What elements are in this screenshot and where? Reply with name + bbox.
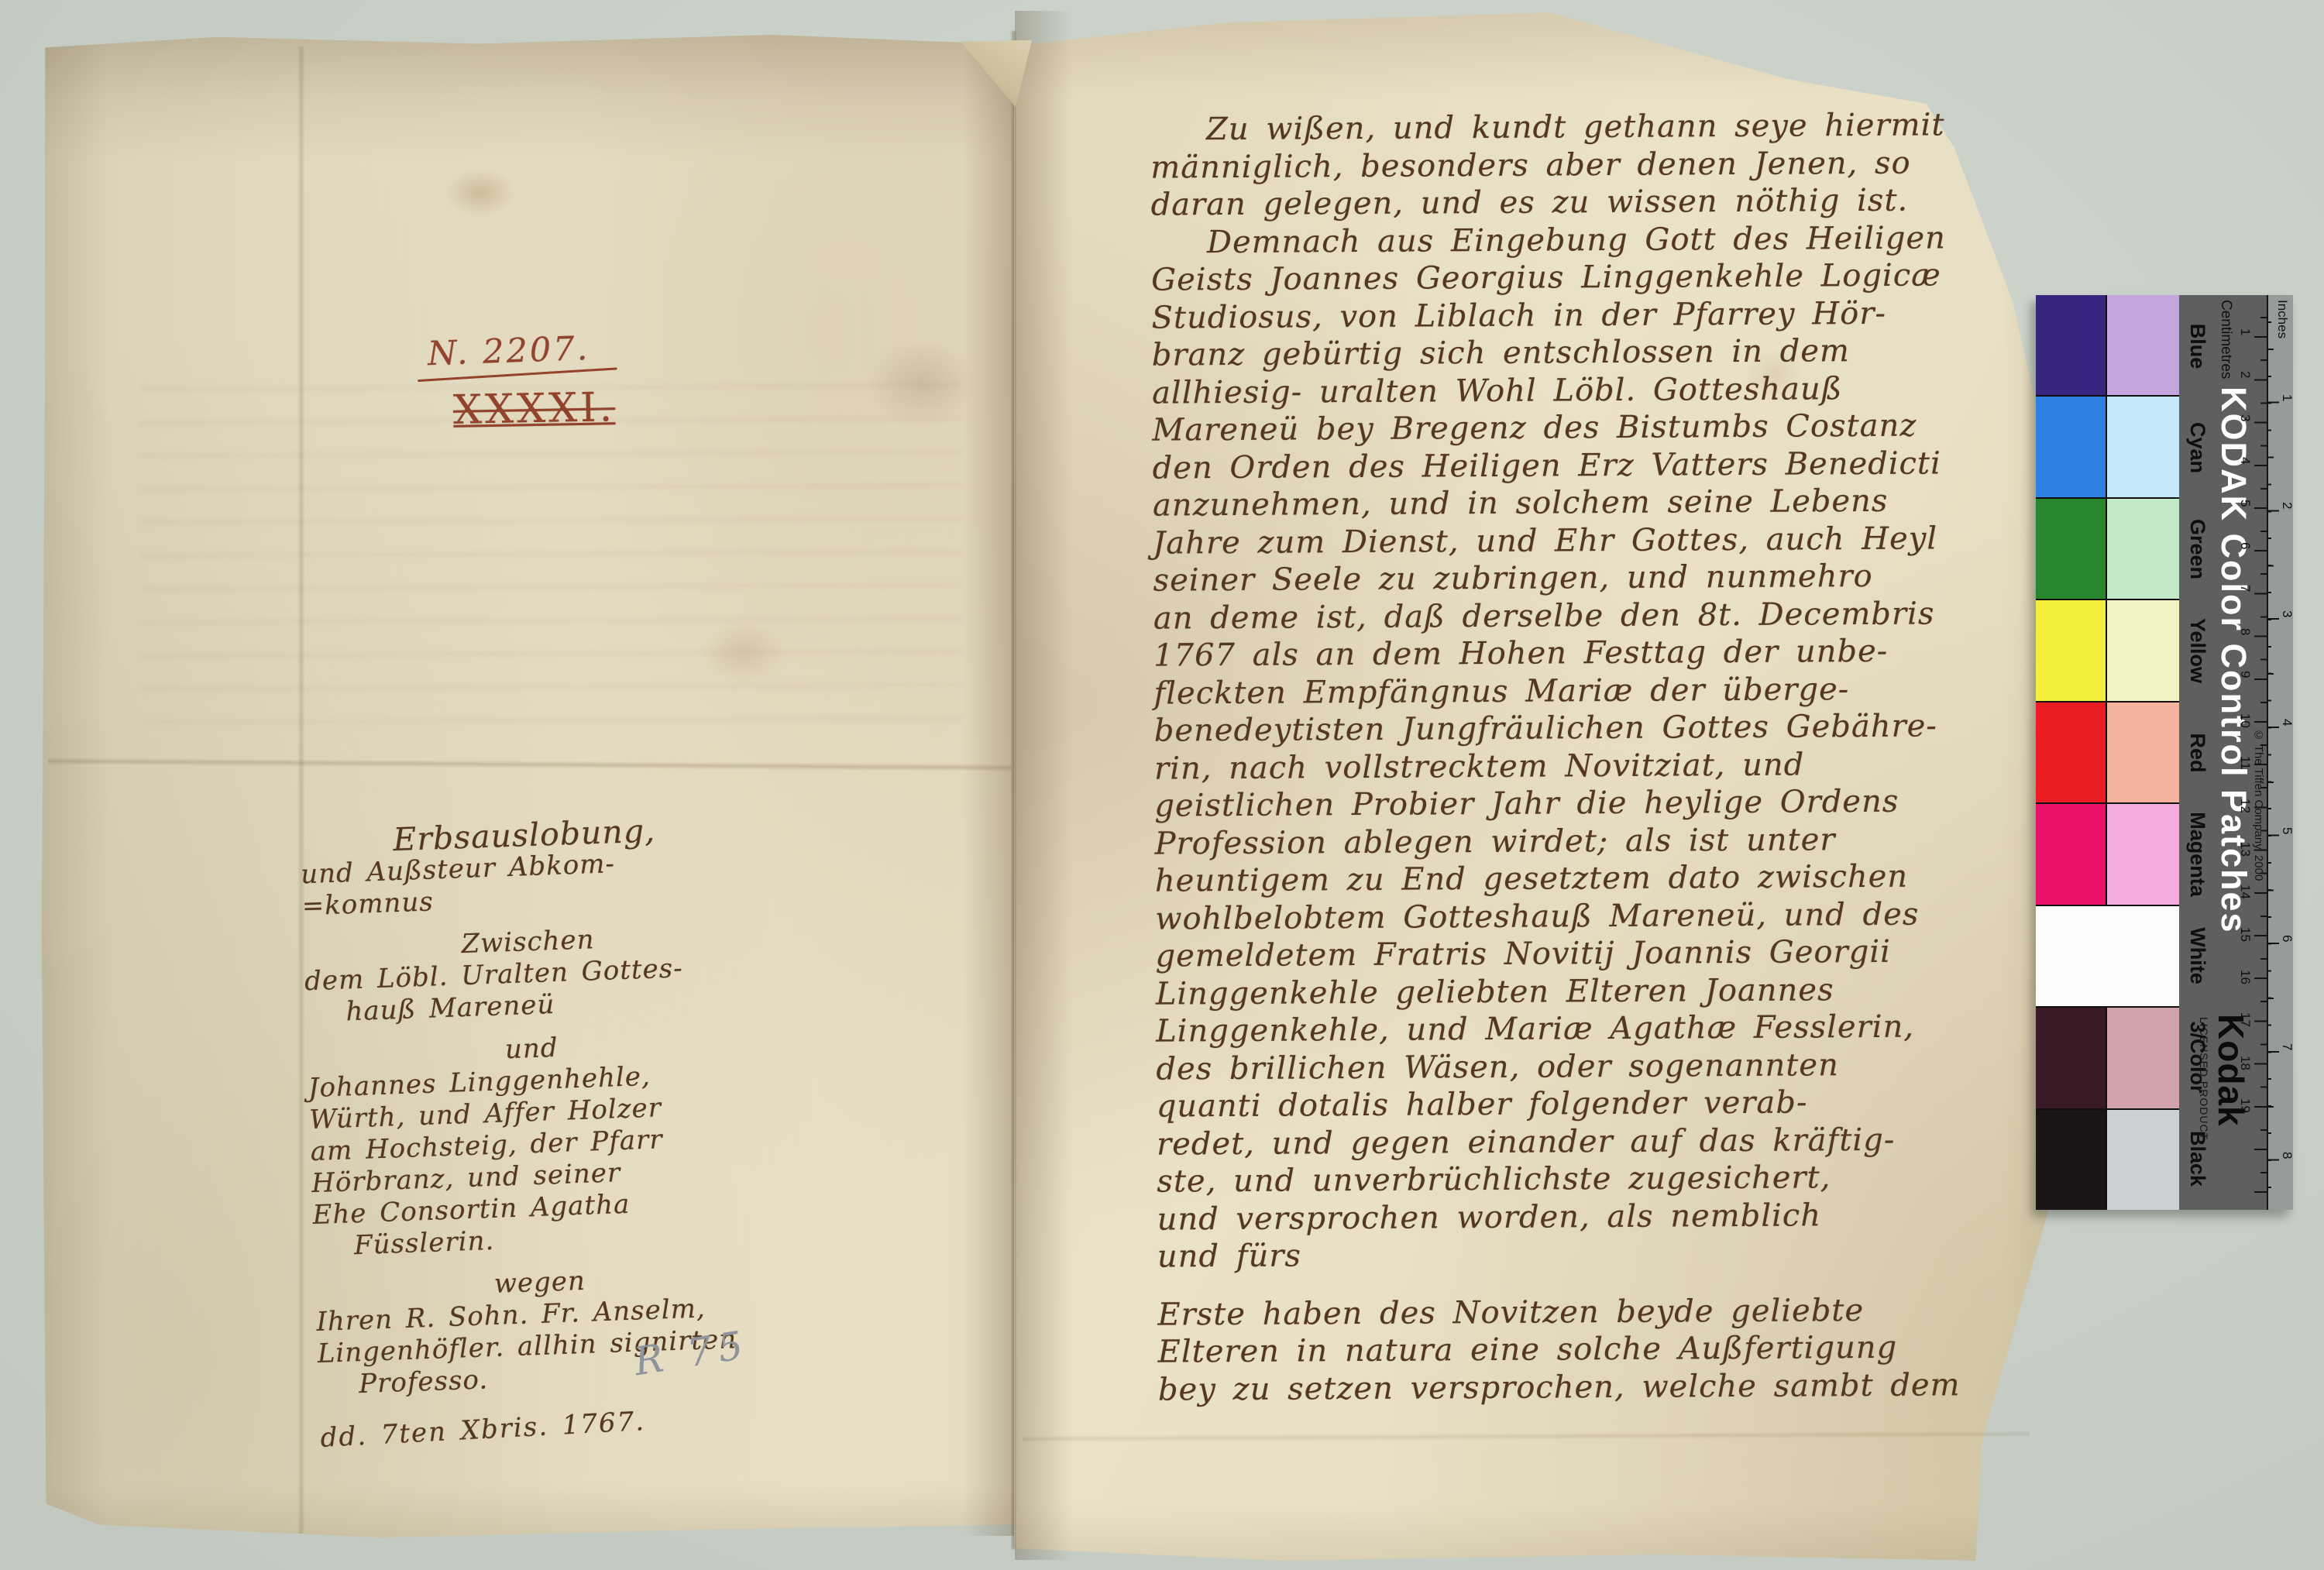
inch-number: 1 [2279, 394, 2295, 401]
cm-number: 10 [2237, 713, 2253, 728]
manuscript-line: Zu wißen, und kundt gethann seye hiermit [1150, 105, 2064, 149]
color-patch-row [2036, 1006, 2179, 1108]
inch-number: 3 [2279, 610, 2295, 617]
manuscript-line: geistlichen Probier Jahr die heylige Ord… [1154, 782, 2068, 825]
cm-tick-marks [2254, 295, 2267, 1210]
manuscript-line: des brillichen Wäsen, oder sogenannten [1156, 1045, 2070, 1088]
inch-number: 6 [2279, 935, 2295, 942]
manuscript-line: fleckten Empfängnus Mariæ der überge- [1153, 669, 2068, 713]
manuscript-line: rin, nach vollstrecktem Novitziat, und [1154, 744, 2068, 788]
inch-ruler: Inches 12345678 [2267, 295, 2293, 1210]
center-fold-shadow-right [1015, 11, 1072, 1560]
ink-showthrough [140, 383, 963, 752]
manuscript-line: an deme ist, daß derselbe den 8t. Decemb… [1153, 594, 2068, 637]
cm-number: 11 [2237, 756, 2253, 770]
pale-swatch [2106, 295, 2179, 395]
color-patch-row [2036, 802, 2179, 904]
cm-number: 2 [2237, 371, 2253, 378]
inch-number: 4 [2279, 719, 2295, 726]
manuscript-line: Erste haben des Novitzen beyde geliebte [1157, 1290, 2071, 1334]
inch-number: 2 [2279, 502, 2295, 509]
inch-number: 5 [2279, 827, 2295, 834]
saturated-swatch [2036, 295, 2106, 395]
saturated-swatch [2036, 906, 2106, 1006]
manuscript-line: den Orden des Heiligen Erz Vatters Bened… [1153, 444, 2067, 487]
saturated-swatch [2036, 1008, 2106, 1108]
color-patch-row [2036, 701, 2179, 802]
cm-number: 9 [2237, 671, 2253, 678]
manuscript-line: benedeytisten Jungfräulichen Gottes Gebä… [1154, 706, 2068, 750]
manuscript-line: Demnach aus Eingebung Gott des Heiligen [1151, 218, 2065, 262]
manuscript-line: redet, und gegen einander auf das kräfti… [1157, 1120, 2071, 1163]
row-label: Red [2185, 733, 2209, 772]
color-patch-row [2036, 905, 2179, 1006]
cm-number: 1 [2237, 328, 2253, 335]
pale-swatch [2106, 397, 2179, 496]
manuscript-line: branz gebürtig sich entschlossen in dem [1152, 331, 2066, 374]
row-label: Green [2185, 519, 2209, 579]
inch-number: 7 [2279, 1043, 2295, 1050]
manuscript-line: Studiosus, von Liblach in der Pfarrey Hö… [1151, 294, 2065, 337]
color-patch-row [2036, 295, 2179, 395]
manuscript-line: quanti dotalis halber folgender verab- [1157, 1082, 2071, 1125]
pale-swatch [2106, 600, 2179, 700]
cm-number: 14 [2237, 885, 2253, 899]
color-patch-row [2036, 1108, 2179, 1210]
manuscript-line: und versprochen worden, als nemblich [1157, 1195, 2071, 1238]
pale-swatch [2106, 1110, 2179, 1210]
manuscript-line: wohlbelobtem Gotteshauß Mareneü, und des [1155, 895, 2069, 938]
inch-number: 8 [2279, 1152, 2295, 1159]
manuscript-line: Linggenkehle, und Mariæ Agathæ Fesslerin… [1156, 1007, 2070, 1050]
centimetre-ruler-label: Centimetres [2217, 300, 2234, 379]
manuscript-line: 1767 als an dem Hohen Festtag der unbe- [1153, 631, 2068, 675]
manuscript-line: Mareneü bey Bregenz des Bistumbs Costanz [1152, 406, 2066, 449]
color-patch-row [2036, 599, 2179, 700]
center-fold-shadow-left [963, 43, 1014, 1536]
manuscript-line: seiner Seele zu zubringen, und nunmehro [1153, 556, 2067, 599]
pale-swatch [2106, 804, 2179, 904]
cm-number: 18 [2237, 1056, 2253, 1070]
volume-numeral: XXXXI. [452, 384, 615, 434]
cm-number: 15 [2237, 927, 2253, 942]
cm-number: 3 [2237, 414, 2253, 421]
row-label: Magenta [2185, 812, 2209, 897]
pale-swatch [2106, 906, 2179, 1006]
cm-number: 13 [2237, 842, 2253, 857]
cm-number: 16 [2237, 970, 2253, 984]
cm-number: 5 [2237, 500, 2253, 507]
saturated-swatch [2036, 499, 2106, 599]
manuscript-line: Linggenkehle geliebten Elteren Joannes [1156, 970, 2070, 1013]
row-label: Yellow [2185, 618, 2209, 683]
kodak-color-strip: BlueCyanGreenYellowRedMagentaWhite3/Colo… [2036, 295, 2293, 1210]
color-patch-rows [2036, 295, 2179, 1210]
center-fold-line [1012, 31, 1016, 1549]
cm-number: 4 [2237, 457, 2253, 464]
manuscript-line: Elteren in natura eine solche Außfertigu… [1158, 1328, 2072, 1371]
strip-label-panel: BlueCyanGreenYellowRedMagentaWhite3/Colo… [2179, 295, 2267, 1210]
saturated-swatch [2036, 1110, 2106, 1210]
saturated-swatch [2036, 397, 2106, 496]
inch-quarter-ticks [2268, 321, 2271, 1210]
pale-swatch [2106, 499, 2179, 599]
manuscript-line: gemeldetem Fratris Novitij Joannis Georg… [1155, 932, 2069, 975]
centimetre-ruler: 12345678910111213141516171819 [2236, 295, 2253, 1210]
saturated-swatch [2036, 703, 2106, 802]
cm-number: 19 [2237, 1098, 2253, 1113]
pale-swatch [2106, 703, 2179, 802]
licensed-product-label: LICENSED PRODUCT [2198, 1017, 2210, 1140]
manuscript-line: allhiesig- uralten Wohl Löbl. Gotteshauß [1152, 369, 2066, 412]
manuscript-line: Jahre zum Dienst, und Ehr Gottes, auch H… [1153, 519, 2067, 562]
cm-number: 6 [2237, 542, 2253, 549]
manuscript-line: Geists Joannes Georgius Linggenkehle Log… [1151, 256, 2065, 299]
cm-number: 8 [2237, 628, 2253, 635]
manuscript-body: Zu wißen, und kundt gethann seye hiermit… [1150, 105, 2072, 1408]
manuscript-line: Profession ablegen wirdet; als ist unter [1155, 819, 2069, 863]
archival-scan: N. 2207. XXXXI. Erbsauslobung,und Außste… [0, 0, 2324, 1570]
doc-number: N. 2207. [427, 328, 617, 379]
saturated-swatch [2036, 600, 2106, 700]
manuscript-line: heuntigem zu End gesetztem dato zwischen [1155, 857, 2069, 900]
inch-numbers: 12345678 [2279, 295, 2293, 1210]
saturated-swatch [2036, 804, 2106, 904]
cm-number: 17 [2237, 1012, 2253, 1027]
manuscript-line: daran gelegen, und es zu wissen nöthig i… [1150, 180, 2064, 224]
manuscript-line: und fürs [1157, 1232, 2071, 1276]
row-label: Blue [2185, 323, 2209, 369]
doc-number-text: N. 2207. [427, 329, 590, 373]
manuscript-line: bey zu setzen versprochen, welche sambt … [1158, 1366, 2072, 1409]
color-patch-row [2036, 497, 2179, 599]
row-label: White [2185, 927, 2209, 984]
color-patch-row [2036, 395, 2179, 496]
row-label: Cyan [2185, 422, 2209, 473]
manuscript-line: männiglich, besonders aber denen Jenen, … [1150, 143, 2064, 187]
cm-number: 7 [2237, 585, 2253, 592]
manuscript-line: anzunehmen, und in solchem seine Lebens [1153, 481, 2067, 524]
cm-number: 12 [2237, 799, 2253, 813]
manuscript-line: ste, und unverbrüchlichste zugesichert, [1157, 1157, 2071, 1201]
pale-swatch [2106, 1008, 2179, 1108]
